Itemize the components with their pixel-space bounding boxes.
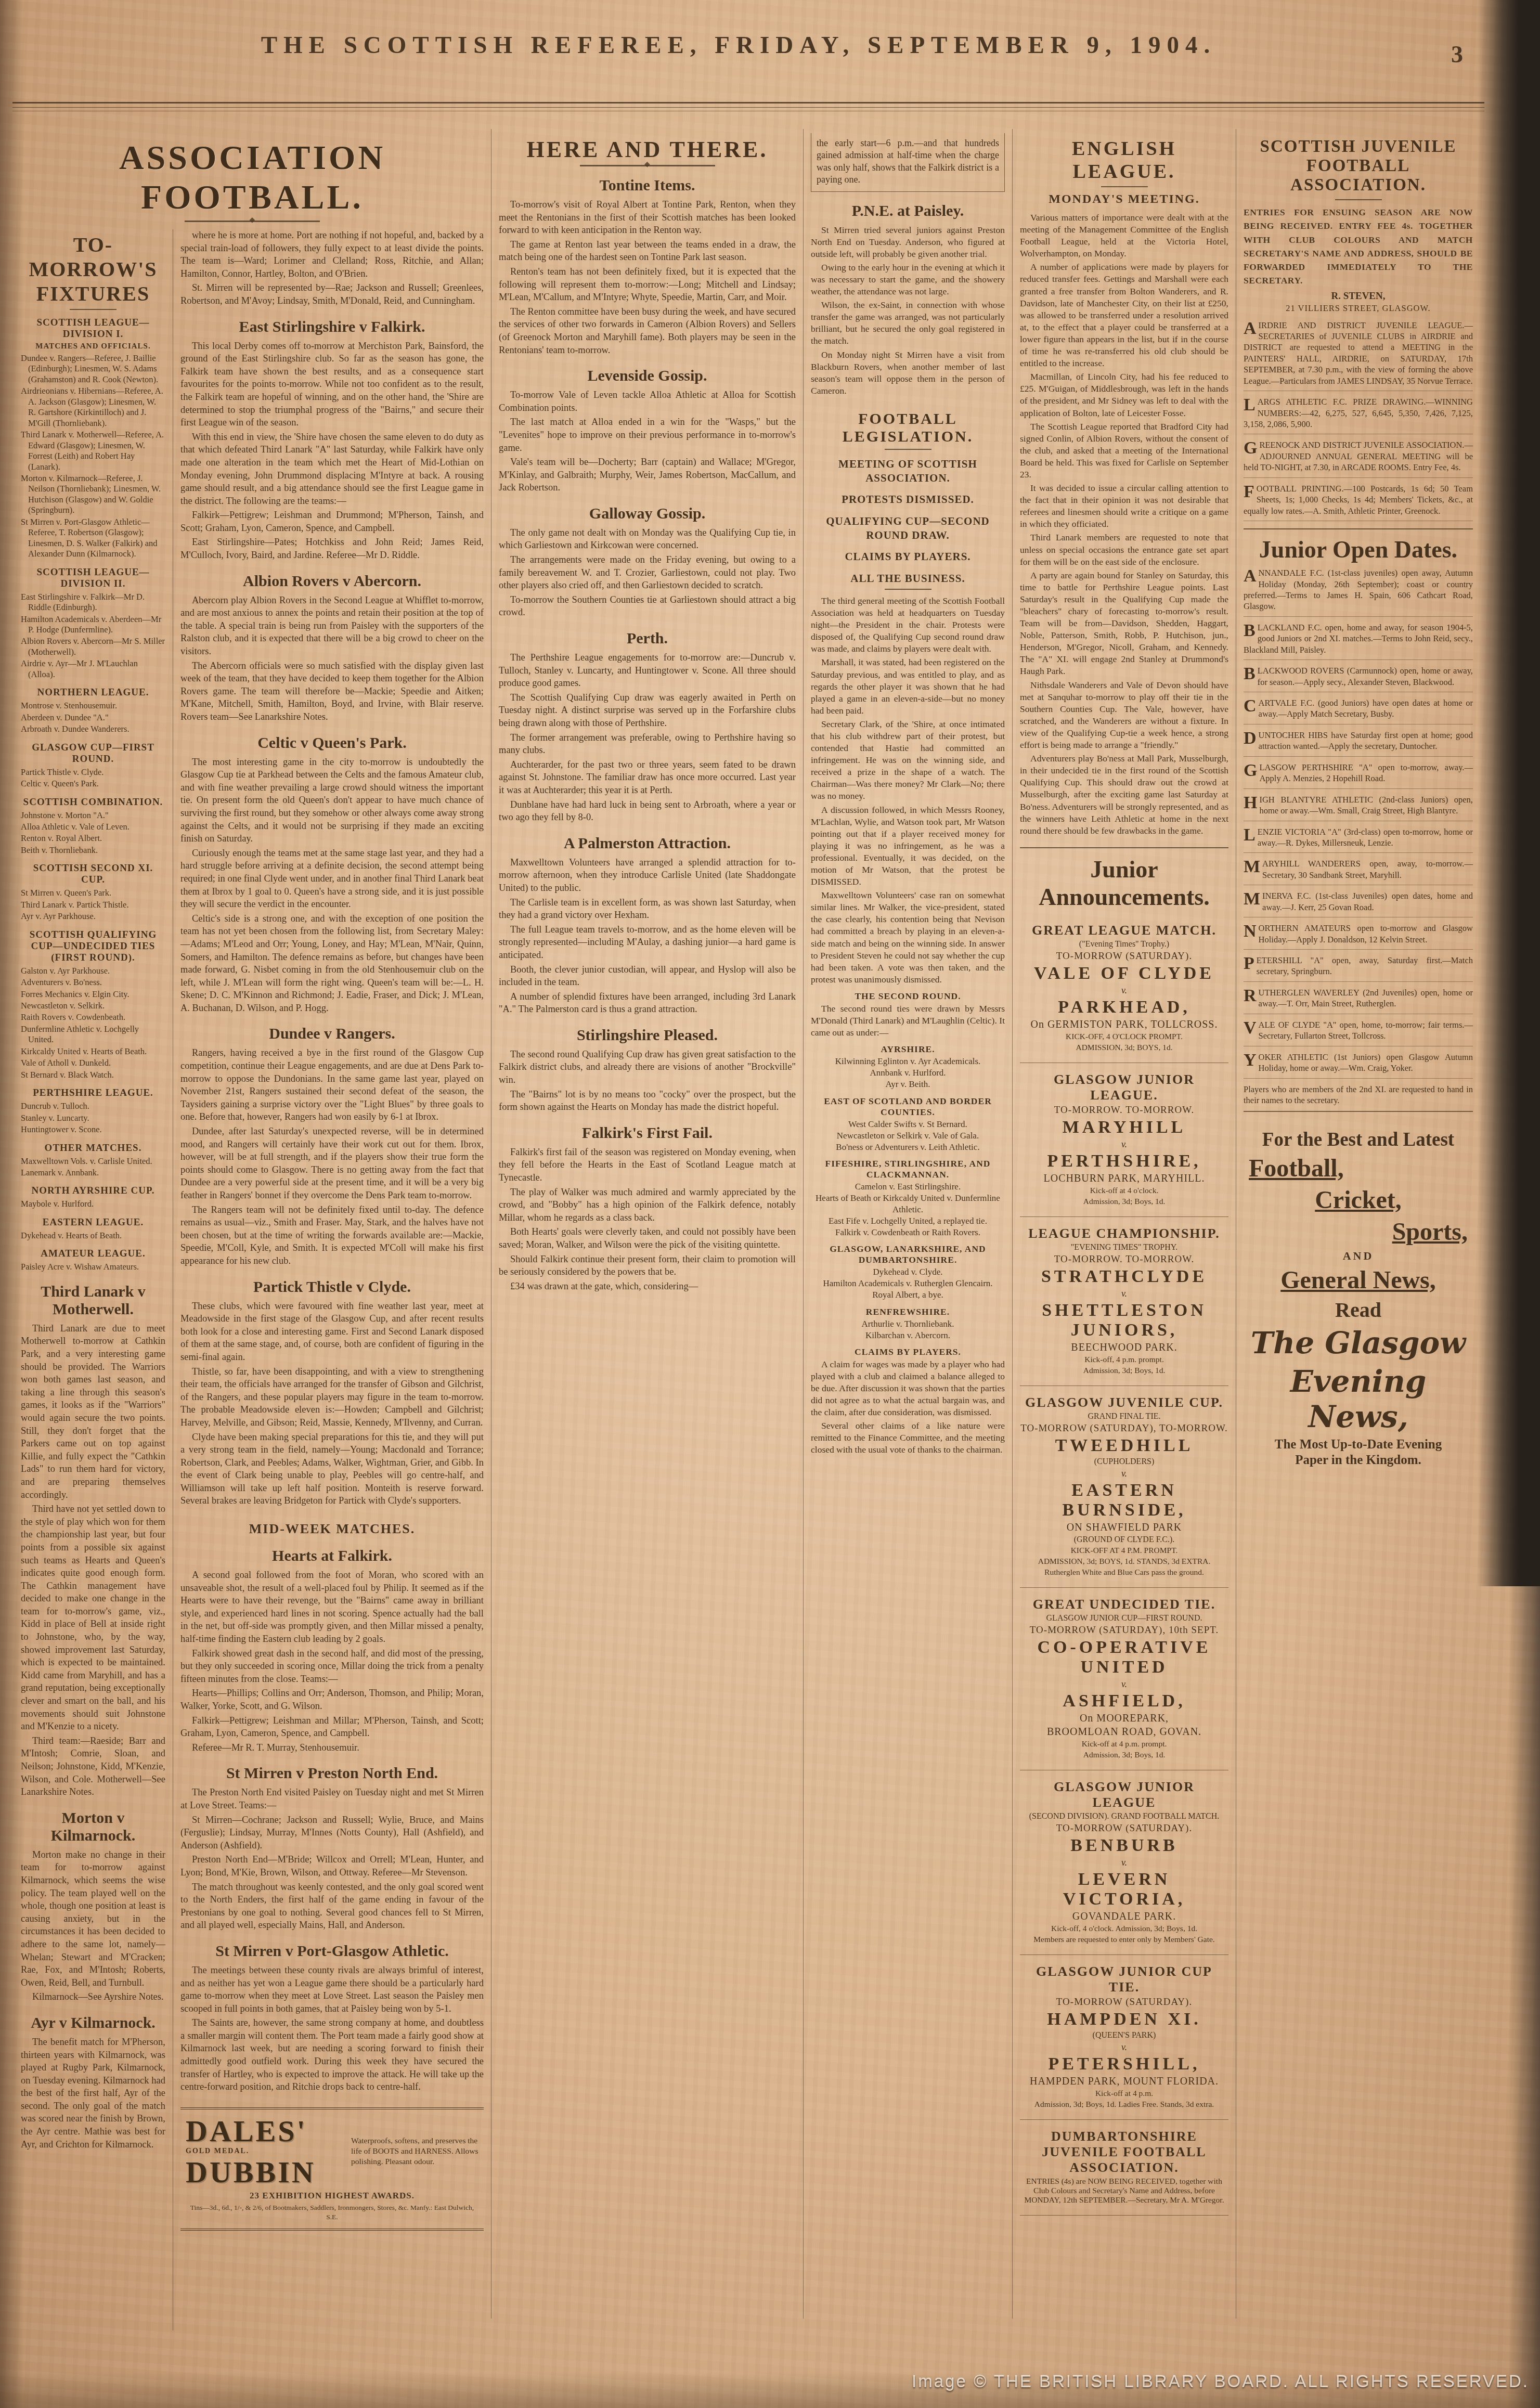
fixture-item: Lanemark v. Annbank.	[21, 1168, 165, 1178]
fixture-group-heading: AMATEUR LEAGUE.	[21, 1248, 165, 1260]
fixture-group-heading: GLASGOW CUP—FIRST ROUND.	[21, 742, 165, 765]
district-group: RENFREWSHIRE. Arthurlie v. Thornliebank.…	[811, 1306, 1005, 1341]
article-paragraph: Wilson, the ex-Saint, in connection with…	[811, 299, 1005, 347]
article-heading: P.N.E. at Paisley.	[811, 202, 1005, 220]
second-round-heading: THE SECOND ROUND.	[811, 991, 1005, 1002]
evening-news-ad-line: General News,	[1244, 1266, 1473, 1294]
article-paragraph: Both Hearts' goals were cleverly taken, …	[499, 1226, 796, 1251]
english-league-body: Various matters of importance were dealt…	[1020, 212, 1228, 837]
article-paragraph: The Perthshire League engagements for to…	[499, 652, 796, 690]
fixture-items: St Mirren v. Queen's Park. Third Lanark …	[21, 888, 165, 922]
evening-news-ad-line: Evening News,	[1244, 1364, 1473, 1434]
english-paragraph: Macmillan, of Lincoln City, had his fee …	[1020, 371, 1228, 419]
advert-line: v.	[1020, 1468, 1228, 1479]
fixture-group: SCOTTISH QUALIFYING CUP—UNDECIDED TIES (…	[21, 929, 165, 1081]
article-paragraph: The Renton committee have been busy duri…	[499, 306, 796, 357]
fixture-group: SCOTTISH LEAGUE—DIVISION II. East Stirli…	[21, 567, 165, 680]
juvenile-headline-line1: SCOTTISH JUVENILE	[1244, 137, 1473, 157]
advert-lines: GLASGOW JUNIOR LEAGUE(SECOND DIVISION). …	[1020, 1779, 1228, 1945]
legislation-paragraph: The third general meeting of the Scottis…	[811, 595, 1005, 655]
article-paragraph: The meetings between these county rivals…	[180, 1964, 484, 2015]
article-paragraph: Falkirk—Pettigrew; Leishman and Millar; …	[180, 1715, 484, 1740]
article-body: Maxwelltown Volunteers have arranged a s…	[499, 857, 796, 1016]
advert-line: ("Evening Times" Trophy.)	[1020, 940, 1228, 949]
fixture-item: Third Lanark v. Motherwell—Referee, A. E…	[21, 430, 165, 472]
english-paragraph: It was decided to issue a circular calli…	[1020, 482, 1228, 530]
advert-line: GOVANDALE PARK.	[1020, 1911, 1228, 1923]
junior-announcements-title: Junior Announcements.	[1020, 847, 1228, 911]
article-paragraph: St Mirren—Cochrane; Jackson and Russell;…	[180, 1814, 484, 1853]
fixture-items: Johnstone v. Morton "A." Alloa Athletic …	[21, 810, 165, 856]
article-paragraph: Referee—Mr R. T. Murray, Stenhousemuir.	[180, 1742, 484, 1755]
article-paragraph: These clubs, which were favoured with fi…	[180, 1300, 484, 1364]
district-ties: Kilwinning Eglinton v. Ayr Academicals.A…	[811, 1056, 1005, 1090]
fixture-item: Ayr v. Ayr Parkhouse.	[21, 911, 165, 922]
advert-line: STRATHCLYDE	[1020, 1267, 1228, 1287]
article-heading: Partick Thistle v Clyde.	[180, 1278, 484, 1296]
preview-intro: where he is more at home. Port are nothi…	[180, 229, 484, 308]
fixture-group: SCOTTISH COMBINATION. Johnstone v. Morto…	[21, 797, 165, 856]
advert-lines: DUMBARTONSHIRE JUVENILE FOOTBALL ASSOCIA…	[1020, 2129, 1228, 2205]
column-previews: where he is more at home. Port are nothi…	[173, 229, 491, 2331]
legislation-subhead: QUALIFYING CUP—SECOND ROUND DRAW.	[811, 514, 1005, 543]
match-advert: GLASGOW JUNIOR LEAGUE.TO-MORROW. TO-MORR…	[1020, 1063, 1228, 1217]
advert-line: v.	[1020, 2042, 1228, 2053]
notice-item: AIRDRIE AND DISTRICT JUVENILE LEAGUE.—SE…	[1244, 320, 1473, 392]
match-advert: GREAT UNDECIDED TIE.GLASGOW JUNIOR CUP—F…	[1020, 1588, 1228, 1770]
article-body: The only game not dealt with on Monday w…	[499, 527, 796, 619]
legislation-headline: FOOTBALL LEGISLATION.	[811, 410, 1005, 446]
open-date-entry: PETERSHILL "A" open, away, Saturday firs…	[1244, 955, 1473, 982]
article-paragraph: The last match at Alloa ended in a win f…	[499, 416, 796, 455]
fixture-item: Duncrub v. Tulloch.	[21, 1101, 165, 1111]
article: Falkirk's First Fail. Falkirk's first fa…	[499, 1124, 796, 1293]
article-paragraph: The Carlisle team is in excellent form, …	[499, 897, 796, 922]
article-paragraph: The arrangements were made on the Friday…	[499, 554, 796, 592]
article-heading: Ayr v Kilmarnock.	[21, 2014, 165, 2032]
fixture-item: St Mirren v. Port-Glasgow Athletic—Refer…	[21, 517, 165, 560]
article-paragraph: The full League team travels to-morrow, …	[499, 924, 796, 962]
article-body: Morton make no change in their team for …	[21, 1849, 165, 2004]
headline-flourish	[185, 221, 320, 222]
article-paragraph: The only game not dealt with on Monday w…	[499, 527, 796, 552]
column-english-league: ENGLISH LEAGUE. MONDAY'S MEETING. Variou…	[1012, 129, 1236, 2319]
claims-body: A claim for wages was made by a player w…	[811, 1358, 1005, 1456]
fixture-group-heading: NORTHERN LEAGUE.	[21, 687, 165, 698]
article-paragraph: Celtic's side is a strong one, and with …	[180, 913, 484, 1015]
masthead-rule	[12, 102, 1484, 108]
article: Celtic v Queen's Park. The most interest…	[180, 734, 484, 1015]
fixture-item: St Bernard v. Black Watch.	[21, 1070, 165, 1080]
dales-footer: Tins—3d., 6d., 1/-, & 2/6, of Bootmakers…	[186, 2203, 478, 2221]
article-paragraph: The Abercorn officials were so much sati…	[180, 660, 484, 724]
evening-news-ad-line: Football,	[1244, 1154, 1473, 1183]
fixture-item: Albion Rovers v. Abercorn—Mr S. Miller (…	[21, 636, 165, 657]
article-paragraph: To-morrow's visit of Royal Albert at Ton…	[499, 199, 796, 237]
intro-paragraph: where he is more at home. Port are nothi…	[180, 229, 484, 280]
fixture-group: AMATEUR LEAGUE. Paisley Acre v. Wishaw A…	[21, 1248, 165, 1272]
article-paragraph: Abercorn play Albion Rovers in the Secon…	[180, 594, 484, 658]
advert-line: BENBURB	[1020, 1836, 1228, 1856]
column-legislation: the early start—6 p.m.—and that hundreds…	[803, 129, 1012, 2319]
advert-line: GLASGOW JUNIOR LEAGUE.	[1020, 1072, 1228, 1103]
article-paragraph: East Stirlingshire—Pates; Hotchkiss and …	[180, 536, 484, 562]
scan-edge-right	[1478, 0, 1540, 1586]
open-date-entry: GLASGOW PERTHSHIRE "A" open to-morrow, a…	[1244, 762, 1473, 789]
column1-articles: Third Lanark v Motherwell. Third Lanark …	[21, 1283, 165, 2151]
claims-paragraph: A claim for wages was made by a player w…	[811, 1358, 1005, 1418]
dales-description: Waterproofs, softens, and preserves the …	[351, 2136, 478, 2167]
article-paragraph: Clyde have been making special preparati…	[180, 1431, 484, 1508]
dales-brand: DALES' GOLD MEDAL. DUBBIN	[186, 2117, 344, 2186]
fixture-items: Dundee v. Rangers—Referee, J. Baillie (E…	[21, 353, 165, 560]
advert-line: GLASGOW JUNIOR CUP TIE.	[1020, 1964, 1228, 1995]
article-paragraph: Kilmarnock—See Ayrshire Notes.	[21, 1991, 165, 2004]
fixture-item: Celtic v. Queen's Park.	[21, 779, 165, 789]
second-round-intro: The second round ties were drawn by Mess…	[811, 1003, 1005, 1039]
juvenile-notices: AIRDRIE AND DISTRICT JUVENILE LEAGUE.—SE…	[1244, 320, 1473, 522]
advert-line: MARYHILL	[1020, 1118, 1228, 1137]
advert-line: On MOOREPARK,	[1020, 1713, 1228, 1725]
article-paragraph: Hearts—Phillips; Collins and Orr; Anders…	[180, 1687, 484, 1713]
district-tie: Royal Albert, a bye.	[811, 1289, 1005, 1301]
match-advert: DUMBARTONSHIRE JUVENILE FOOTBALL ASSOCIA…	[1020, 2120, 1228, 2216]
advert-lines: GREAT LEAGUE MATCH.("Evening Times" Trop…	[1020, 923, 1228, 1053]
notice-item: FOOTBALL PRINTING.—100 Postcards, 1s 6d;…	[1244, 483, 1473, 521]
article-paragraph: The most interesting game in the city to…	[180, 756, 484, 846]
column2-articles: East Stirlingshire v Falkirk. This local…	[180, 318, 484, 2094]
fixtures-title: TO-MORROW'S FIXTURES	[21, 232, 165, 306]
fixture-item: Adventurers v. Bo'ness.	[21, 977, 165, 988]
advert-line: Admission, 3d; Boys, 1d. Ladies Free. St…	[1020, 2100, 1228, 2109]
article: East Stirlingshire v Falkirk. This local…	[180, 318, 484, 562]
advert-line: GREAT LEAGUE MATCH.	[1020, 923, 1228, 938]
fixture-items: Galston v. Ayr Parkhouse. Adventurers v.…	[21, 966, 165, 1081]
advert-line: On GERMISTON PARK, TOLLCROSS.	[1020, 1019, 1228, 1031]
article-body: To-morrow Vale of Leven tackle Alloa Ath…	[499, 389, 796, 495]
article-heading: Tontine Items.	[499, 177, 796, 195]
district-tie: Falkirk v. Cowdenbeath or Raith Rovers.	[811, 1227, 1005, 1238]
fixture-group-heading: PERTHSHIRE LEAGUE.	[21, 1088, 165, 1099]
district-tie: East Fife v. Lochgelly United, a replaye…	[811, 1215, 1005, 1227]
open-date-entry: RUTHERGLEN WAVERLEY (2nd Juveniles) open…	[1244, 987, 1473, 1014]
advert-line: EASTERN BURNSIDE,	[1020, 1481, 1228, 1520]
juvenile-headline-line2: FOOTBALL ASSOCIATION.	[1244, 157, 1473, 195]
open-date-entry: CARTVALE F.C. (good Juniors) have open d…	[1244, 697, 1473, 724]
advert-line: v.	[1020, 1139, 1228, 1150]
fixture-item: Huntingtower v. Scone.	[21, 1124, 165, 1135]
masthead: THE SCOTTISH REFEREE, FRIDAY, SEPTEMBER …	[73, 31, 1404, 59]
rule	[70, 309, 117, 310]
advert-line: DUMBARTONSHIRE JUVENILE FOOTBALL ASSOCIA…	[1020, 2129, 1228, 2176]
article-paragraph: Falkirk showed great dash in the second …	[180, 1648, 484, 1686]
article-paragraph: Booth, the clever junior custodian, will…	[499, 964, 796, 989]
article-heading: Galloway Gossip.	[499, 505, 796, 523]
article-paragraph: Curiously enough the teams met at the sa…	[180, 847, 484, 911]
article-heading: Perth.	[499, 630, 796, 648]
article-body: The Perthshire League engagements for to…	[499, 652, 796, 824]
masthead-rule-thin	[12, 111, 1484, 111]
article-paragraph: Preston North End—M'Bride; Willcox and O…	[180, 1854, 484, 1879]
legislation-subhead: MEETING OF SCOTTISH ASSOCIATION.	[811, 457, 1005, 486]
english-paragraph: A number of applications were made by pl…	[1020, 261, 1228, 369]
fixture-item: Alloa Athletic v. Vale of Leven.	[21, 822, 165, 832]
fixture-item: Arbroath v. Dundee Wanderers.	[21, 724, 165, 734]
section-headline: ASSOCIATION FOOTBALL.	[14, 138, 491, 217]
article-body: Rangers, having received a bye in the fi…	[180, 1047, 484, 1267]
legislation-paragraph: Maxwelltown Volunteers' case ran on some…	[811, 889, 1005, 986]
advert-line: GLASGOW JUNIOR LEAGUE	[1020, 1779, 1228, 1810]
fixture-item: Beith v. Thornliebank.	[21, 845, 165, 856]
advert-line: GLASGOW JUNIOR CUP—FIRST ROUND.	[1020, 1614, 1228, 1623]
article: MID-WEEK MATCHES. Hearts at Falkirk. A s…	[180, 1521, 484, 1754]
junior-announcement-ads: GREAT LEAGUE MATCH.("Evening Times" Trop…	[1020, 914, 1228, 2216]
notice-item: LARGS ATHLETIC F.C. PRIZE DRAWING.—WINNI…	[1244, 396, 1473, 434]
district-group: FIFESHIRE, STIRLINGSHIRE, AND CLACKMANNA…	[811, 1158, 1005, 1238]
article-body: The most interesting game in the city to…	[180, 756, 484, 1015]
fixture-item: St Mirren v. Queen's Park.	[21, 888, 165, 898]
advert-line: PERTHSHIRE,	[1020, 1151, 1228, 1171]
fixture-group-heading: OTHER MATCHES.	[21, 1143, 165, 1154]
article-paragraph: Dundee, after last Saturday's unexpected…	[180, 1125, 484, 1202]
article-body: Abercorn play Albion Rovers in the Secon…	[180, 594, 484, 724]
article-heading: Stirlingshire Pleased.	[499, 1027, 796, 1044]
advert-line: Kick-off at 4 p.m.	[1020, 2089, 1228, 2099]
fixtures-list: SCOTTISH LEAGUE—DIVISION I. MATCHES AND …	[21, 317, 165, 1273]
newspaper-page: THE SCOTTISH REFEREE, FRIDAY, SEPTEMBER …	[0, 0, 1540, 2408]
rule	[1335, 199, 1382, 200]
rule	[885, 449, 931, 450]
gold-medal-badge: GOLD MEDAL.	[186, 2147, 344, 2156]
article-paragraph: Falkirk—Pettigrew; Leishman and Drummond…	[180, 509, 484, 535]
article-paragraph: The Scottish Qualifying Cup draw was eag…	[499, 692, 796, 730]
district-name: RENFREWSHIRE.	[811, 1306, 1005, 1317]
district-group: AYRSHIRE. Kilwinning Eglinton v. Ayr Aca…	[811, 1044, 1005, 1090]
evening-news-ad-line: Read	[1244, 1298, 1473, 1322]
article-heading: St Mirren v Preston North End.	[180, 1765, 484, 1782]
advert-line: ASHFIELD,	[1020, 1691, 1228, 1711]
english-paragraph: Nithsdale Wanderers and Vale of Devon sh…	[1020, 679, 1228, 752]
article-paragraph: Should Falkirk continue their present fo…	[499, 1253, 796, 1279]
evening-news-ad-line: Sports,	[1244, 1218, 1473, 1246]
rule	[1101, 186, 1148, 187]
continuation-text: the early start—6 p.m.—and that hundreds…	[817, 137, 999, 186]
fixture-item: Dunfermline Athletic v. Lochgelly United…	[21, 1024, 165, 1045]
article-paragraph: To-morrow Vale of Leven tackle Alloa Ath…	[499, 389, 796, 415]
claims-heading: CLAIMS BY PLAYERS.	[811, 1347, 1005, 1357]
advert-line: HAMPDEN XI.	[1020, 2010, 1228, 2029]
open-date-entry: BLACKLAND F.C. open, home and away, for …	[1244, 622, 1473, 660]
district-tie: Hearts of Beath or Kirkcaldy United v. D…	[811, 1193, 1005, 1215]
junior-open-dates-title: Junior Open Dates.	[1244, 528, 1473, 563]
fixture-item: Dundee v. Rangers—Referee, J. Baillie (E…	[21, 353, 165, 385]
fixture-group: OTHER MATCHES. Maxwelltown Vols. v. Carl…	[21, 1143, 165, 1179]
evening-news-ad-line: The Glasgow	[1244, 1325, 1473, 1361]
article-heading: Third Lanark v Motherwell.	[21, 1283, 165, 1318]
article-heading: Falkirk's First Fail.	[499, 1124, 796, 1142]
match-advert: GREAT LEAGUE MATCH.("Evening Times" Trop…	[1020, 914, 1228, 1063]
article-paragraph: The Preston North End visited Paisley on…	[180, 1786, 484, 1812]
dales-title-line1: DALES'	[186, 2117, 344, 2145]
english-paragraph: The Scottish League reported that Bradfo…	[1020, 421, 1228, 481]
dales-awards: 23 EXHIBITION HIGHEST AWARDS.	[186, 2191, 478, 2201]
match-advert: LEAGUE CHAMPIONSHIP."EVENING TIMES" TROP…	[1020, 1217, 1228, 1386]
legislation-subhead: CLAIMS BY PLAYERS.	[811, 550, 1005, 564]
continuation-box: the early start—6 p.m.—and that hundreds…	[811, 133, 1005, 192]
rule	[885, 589, 931, 590]
district-tie: Kilwinning Eglinton v. Ayr Academicals.	[811, 1056, 1005, 1067]
advert-line: PETERSHILL,	[1020, 2054, 1228, 2074]
legislation-subheads: MEETING OF SCOTTISH ASSOCIATION.PROTESTS…	[811, 457, 1005, 586]
district-name: AYRSHIRE.	[811, 1044, 1005, 1055]
evening-news-ad: For the Best and LatestFootball,Cricket,…	[1244, 1117, 1473, 1468]
fixture-items: Montrose v. Stenhousemuir. Aberdeen v. D…	[21, 701, 165, 734]
district-tie: Camelon v. East Stirlingshire.	[811, 1181, 1005, 1193]
open-date-entry: BLACKWOOD ROVERS (Carmunnock) open, home…	[1244, 665, 1473, 692]
advert-line: SHETTLESTON JUNIORS,	[1020, 1301, 1228, 1340]
district-tie: Newcastleton or Selkirk v. Vale of Gala.	[811, 1130, 1005, 1142]
article-paragraph: The "Bairns" lot is by no means too "coc…	[499, 1089, 796, 1114]
legislation-body: The third general meeting of the Scottis…	[811, 595, 1005, 986]
advert-line: ADMISSION, 3d; BOYS, 1d. STANDS, 3d EXTR…	[1020, 1557, 1228, 1567]
fixture-item: Aberdeen v. Dundee "A."	[21, 713, 165, 723]
article-body: Falkirk's first fail of the season was r…	[499, 1146, 796, 1293]
advert-line: TO-MORROW. TO-MORROW.	[1020, 1105, 1228, 1116]
advert-line: v.	[1020, 1857, 1228, 1868]
article-paragraph: A number of splendid fixtures have been …	[499, 991, 796, 1016]
evening-news-ad-line: Paper in the Kingdom.	[1244, 1453, 1473, 1468]
advert-line: Members are requested to enter only by M…	[1020, 1935, 1228, 1945]
advert-line: v.	[1020, 985, 1228, 996]
district-name: FIFESHIRE, STIRLINGSHIRE, AND CLACKMANNA…	[811, 1158, 1005, 1180]
fixture-group-heading: SCOTTISH LEAGUE—DIVISION I.	[21, 317, 165, 340]
dales-layout: DALES' GOLD MEDAL. DUBBIN Waterproofs, s…	[186, 2117, 478, 2186]
here-and-there-articles: Tontine Items. To-morrow's visit of Roya…	[499, 177, 796, 1293]
advert-line: v.	[1020, 1288, 1228, 1299]
advert-lines: GREAT UNDECIDED TIE.GLASGOW JUNIOR CUP—F…	[1020, 1597, 1228, 1760]
advert-lines: GLASGOW JUNIOR LEAGUE.TO-MORROW. TO-MORR…	[1020, 1072, 1228, 1207]
open-date-entry: VALE OF CLYDE "A" open, home, to-morrow;…	[1244, 1019, 1473, 1046]
english-paragraph: Various matters of importance were dealt…	[1020, 212, 1228, 260]
article-heading: East Stirlingshire v Falkirk.	[180, 318, 484, 336]
district-ties: Arthurlie v. Thornliebank.Kilbarchan v. …	[811, 1318, 1005, 1341]
advert-line: TO-MORROW (SATURDAY).	[1020, 1997, 1228, 2008]
article-paragraph: The Rangers team will not be definitely …	[180, 1204, 484, 1268]
fixture-group: SCOTTISH SECOND XI. CUP. St Mirren v. Qu…	[21, 863, 165, 922]
article-paragraph: Falkirk's first fail of the season was r…	[499, 1146, 796, 1185]
fixture-item: Maxwelltown Vols. v. Carlisle United.	[21, 1156, 165, 1167]
fixture-item: Kirkcaldy United v. Hearts of Beath.	[21, 1046, 165, 1057]
juvenile-secretary-address: 21 VILLIERS STREET, GLASGOW.	[1244, 303, 1473, 314]
advert-line: KICK-OFF, 4 O'CLOCK PROMPT.	[1020, 1032, 1228, 1042]
advert-line: TO-MORROW (SATURDAY), 10th SEPT.	[1020, 1625, 1228, 1636]
article-paragraph: Renton's team has not been definitely fi…	[499, 266, 796, 304]
article-body: St Mirren tried several juniors against …	[811, 224, 1005, 397]
article: Morton v Kilmarnock. Morton make no chan…	[21, 1809, 165, 2004]
open-date-entry: YOKER ATHLETIC (1st Juniors) open Glasgo…	[1244, 1052, 1473, 1079]
evening-news-ad-line: Cricket,	[1244, 1186, 1473, 1214]
juvenile-secretary-name: R. STEVEN,	[1244, 291, 1473, 302]
article-heading: St Mirren v Port-Glasgow Athletic.	[180, 1943, 484, 1960]
evening-news-ad-line: AND	[1244, 1249, 1473, 1263]
fixture-item: Stanley v. Luncarty.	[21, 1113, 165, 1123]
advert-lines: LEAGUE CHAMPIONSHIP."EVENING TIMES" TROP…	[1020, 1226, 1228, 1376]
advert-line: "EVENING TIMES" TROPHY.	[1020, 1243, 1228, 1252]
scan-edge-left	[0, 0, 24, 2408]
here-and-there-headline: HERE AND THERE.	[499, 136, 796, 163]
dales-title-line2: DUBBIN	[186, 2158, 344, 2186]
advert-line: GLASGOW JUVENILE CUP.	[1020, 1395, 1228, 1410]
article: Albion Rovers v Abercorn. Abercorn play …	[180, 573, 484, 724]
fixture-group-heading: SCOTTISH COMBINATION.	[21, 797, 165, 808]
legislation-paragraph: Marshall, it was stated, had been regist…	[811, 656, 1005, 716]
advert-line: Rutherglen White and Blue Cars pass the …	[1020, 1568, 1228, 1577]
association-columns: TO-MORROW'S FIXTURES SCOTTISH LEAGUE—DIV…	[14, 229, 491, 2331]
second-round-intro-wrap: The second round ties were drawn by Mess…	[811, 1003, 1005, 1039]
article-body: The meetings between these county rivals…	[180, 1964, 484, 2094]
open-date-entry: DUNTOCHER HIBS have Saturday first open …	[1244, 730, 1473, 757]
fixture-items: Maxwelltown Vols. v. Carlisle United. La…	[21, 1156, 165, 1179]
article: Stirlingshire Pleased. The second round …	[499, 1027, 796, 1114]
article: Third Lanark v Motherwell. Third Lanark …	[21, 1283, 165, 1799]
advert-line: LOCHBURN PARK, MARYHILL.	[1020, 1173, 1228, 1185]
advert-line: LEAGUE CHAMPIONSHIP.	[1020, 1226, 1228, 1241]
article-heading: Celtic v Queen's Park.	[180, 734, 484, 752]
fixture-item: Forres Mechanics v. Elgin City.	[21, 989, 165, 1000]
fixture-group-heading: SCOTTISH SECOND XI. CUP.	[21, 863, 165, 886]
open-date-entry: MARYHILL WANDERERS open, away, to-morrow…	[1244, 858, 1473, 885]
article-paragraph: The second round Qualifying Cup draw has…	[499, 1048, 796, 1087]
advert-line: ENTRIES (4s) are NOW BEING RECEIVED, tog…	[1020, 2177, 1228, 2205]
advert-lines: GLASGOW JUVENILE CUP.GRAND FINAL TIE.TO-…	[1020, 1395, 1228, 1577]
masthead-title: THE SCOTTISH REFEREE, FRIDAY, SEPTEMBER …	[73, 31, 1404, 59]
fixture-group: NORTHERN LEAGUE. Montrose v. Stenhousemu…	[21, 687, 165, 734]
open-date-entry: MINERVA F.C. (1st-class Juveniles) open …	[1244, 890, 1473, 917]
fixture-item: Third Lanark v. Partick Thistle.	[21, 900, 165, 910]
fixture-item: Galston v. Ayr Parkhouse.	[21, 966, 165, 976]
article-heading: Hearts at Falkirk.	[180, 1547, 484, 1565]
district-ties: Camelon v. East Stirlingshire.Hearts of …	[811, 1181, 1005, 1238]
district-tie: Bo'ness or Adventurers v. Leith Athletic…	[811, 1142, 1005, 1153]
fixture-items: Partick Thistle v. Clyde. Celtic v. Quee…	[21, 767, 165, 789]
article-paragraph: Dunblane have had hard luck in being sen…	[499, 799, 796, 824]
open-date-entry: NORTHERN AMATEURS open to-morrow and Gla…	[1244, 923, 1473, 950]
scan-edge-right-lower	[1509, 1508, 1540, 2408]
fixture-group: PERTHSHIRE LEAGUE. Duncrub v. Tulloch. S…	[21, 1088, 165, 1135]
article-paragraph: Auchterarder, for the past two or three …	[499, 759, 796, 797]
advert-line: GREAT UNDECIDED TIE.	[1020, 1597, 1228, 1612]
advert-line: TWEEDHILL	[1020, 1436, 1228, 1456]
advert-line: BROOMLOAN ROAD, GOVAN.	[1020, 1726, 1228, 1738]
article-paragraph: St Mirren tried several juniors against …	[811, 224, 1005, 260]
fixture-item: Vale of Atholl v. Dunkeld.	[21, 1058, 165, 1068]
advert-line: KICK-OFF AT 4 P.M. PROMPT.	[1020, 1546, 1228, 1556]
advert-line: Kick-off, 4 o'clock. Admission, 3d; Boys…	[1020, 1924, 1228, 1934]
advert-line: VALE OF CLYDE	[1020, 964, 1228, 983]
fixture-item: Montrose v. Stenhousemuir.	[21, 701, 165, 711]
article-heading: Levenside Gossip.	[499, 367, 796, 385]
district-tie: West Calder Swifts v. St Bernard.	[811, 1119, 1005, 1130]
advert-line: (GROUND OF CLYDE F.C.).	[1020, 1535, 1228, 1545]
article-paragraph: The Saints are, however, the same strong…	[180, 2017, 484, 2094]
district-tie: Arthurlie v. Thornliebank.	[811, 1318, 1005, 1330]
article-body: A second goal followed from the foot of …	[180, 1569, 484, 1754]
article: Ayr v Kilmarnock. The benefit match for …	[21, 2014, 165, 2151]
fixture-items: Duncrub v. Tulloch. Stanley v. Luncarty.…	[21, 1101, 165, 1135]
article-paragraph: Owing to the early hour in the evening a…	[811, 262, 1005, 297]
library-watermark: Image © THE BRITISH LIBRARY BOARD. ALL R…	[510, 2372, 1529, 2391]
advert-line: TO-MORROW. TO-MORROW.	[1020, 1254, 1228, 1265]
